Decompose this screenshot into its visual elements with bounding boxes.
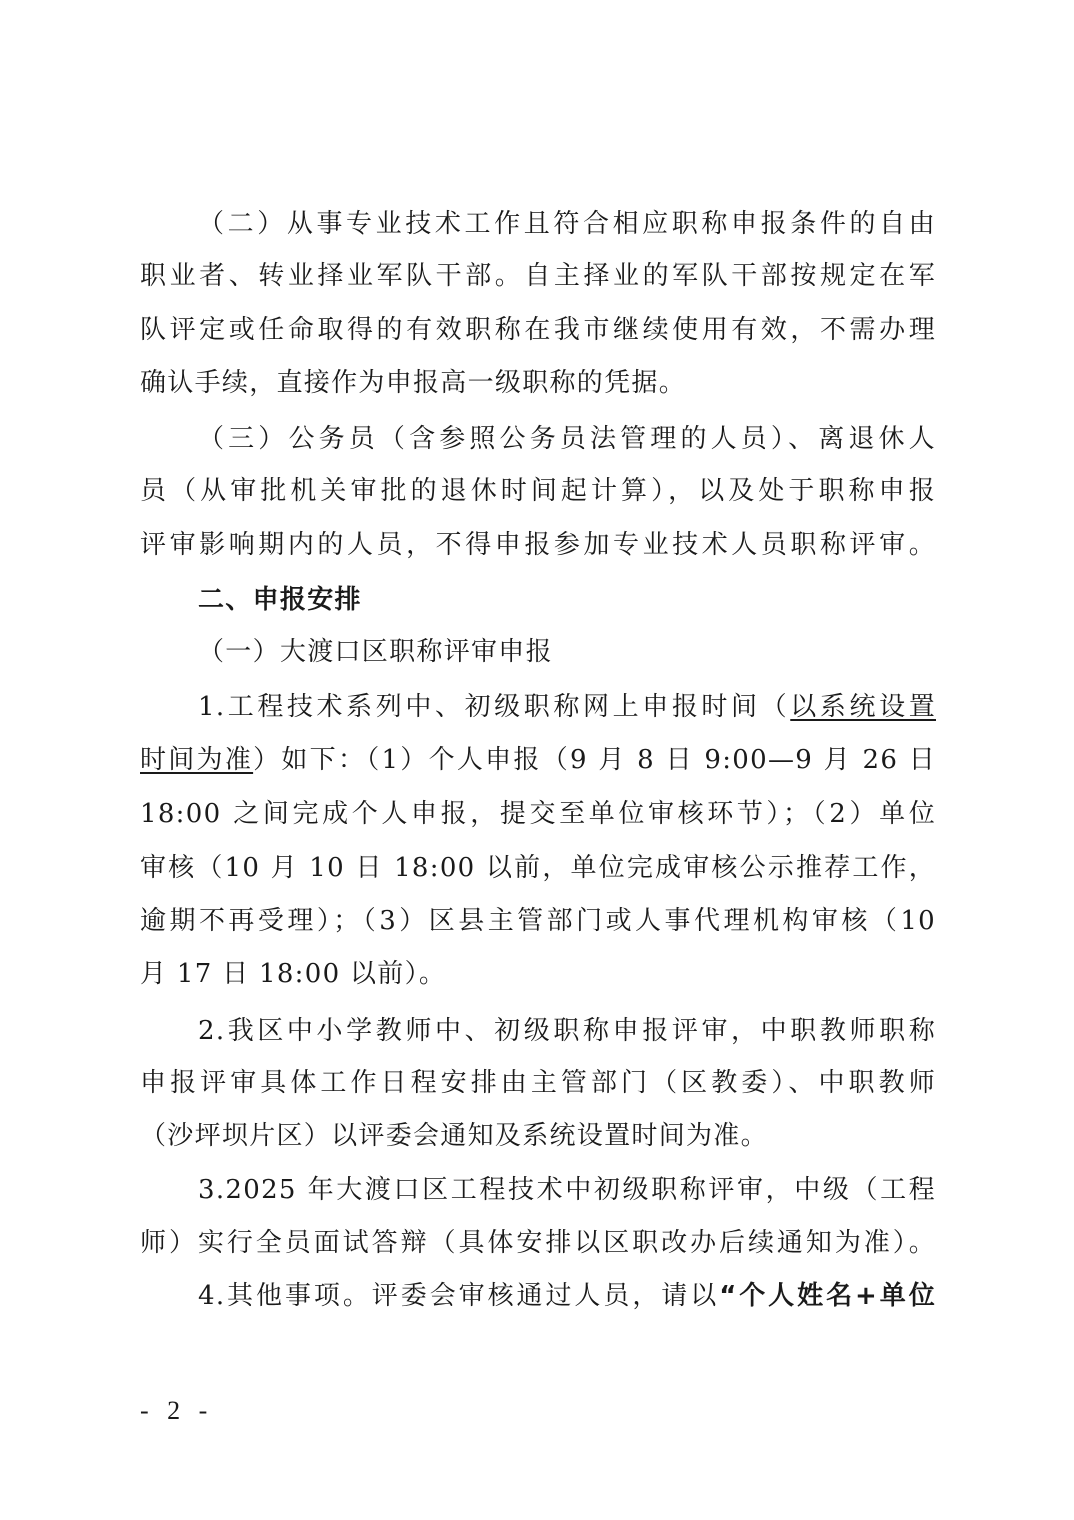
underlined-text: 以系统设置	[790, 692, 936, 722]
item2-line: 2.我区中小学教师中、初级职称申报评审，中职教师职称	[198, 1011, 936, 1051]
paragraph-line: （三）公务员（含参照公务员法管理的人员）、离退休人	[198, 419, 936, 459]
item1-line: 1.工程技术系列中、初级职称网上申报时间（以系统设置	[198, 687, 936, 727]
underlined-text: 时间为准	[140, 745, 253, 775]
page-number: - 2 -	[140, 1396, 213, 1426]
item1-line: 审核（10 月 10 日 18:00 以前，单位完成审核公示推荐工作，	[140, 848, 936, 888]
paragraph-line: 确认手续，直接作为申报高一级职称的凭据。	[140, 363, 936, 403]
item4-text: 4.其他事项。评委会审核通过人员，请以	[198, 1281, 719, 1311]
paragraph-line: 职业者、转业择业军队干部。自主择业的军队干部按规定在军	[140, 256, 936, 296]
item1-line: 逾期不再受理）；（3）区县主管部门或人事代理机构审核（10	[140, 901, 936, 941]
item3-line: 师）实行全员面试答辩（具体安排以区职改办后续通知为准）。	[140, 1223, 936, 1263]
bold-quote-text: “个人姓名+单位	[719, 1281, 936, 1311]
paragraph-line: 队评定或任命取得的有效职称在我市继续使用有效，不需办理	[140, 310, 936, 350]
item2-line: （沙坪坝片区）以评委会通知及系统设置时间为准。	[140, 1116, 936, 1156]
item2-line: 申报评审具体工作日程安排由主管部门（区教委）、中职教师	[140, 1063, 936, 1103]
item1-text: ）如下：（1）个人申报（9 月 8 日 9:00—9 月 26 日	[253, 745, 936, 775]
item1-line: 时间为准）如下：（1）个人申报（9 月 8 日 9:00—9 月 26 日	[140, 740, 936, 780]
item1-line: 月 17 日 18:00 以前）。	[140, 954, 936, 994]
subsection-heading: （一）大渡口区职称评审申报	[198, 632, 936, 672]
paragraph-line: 员（从审批机关审批的退休时间起计算），以及处于职称申报	[140, 471, 936, 511]
item1-text: 1.工程技术系列中、初级职称网上申报时间（	[198, 692, 790, 722]
section-heading: 二、申报安排	[198, 580, 936, 620]
item4-line: 4.其他事项。评委会审核通过人员，请以“个人姓名+单位	[198, 1276, 936, 1316]
item1-line: 18:00 之间完成个人申报，提交至单位审核环节）；（2）单位	[140, 794, 936, 834]
paragraph-line: （二）从事专业技术工作且符合相应职称申报条件的自由	[198, 204, 936, 244]
item3-line: 3.2025 年大渡口区工程技术中初级职称评审，中级（工程	[198, 1170, 936, 1210]
paragraph-line: 评审影响期内的人员，不得申报参加专业技术人员职称评审。	[140, 525, 936, 565]
